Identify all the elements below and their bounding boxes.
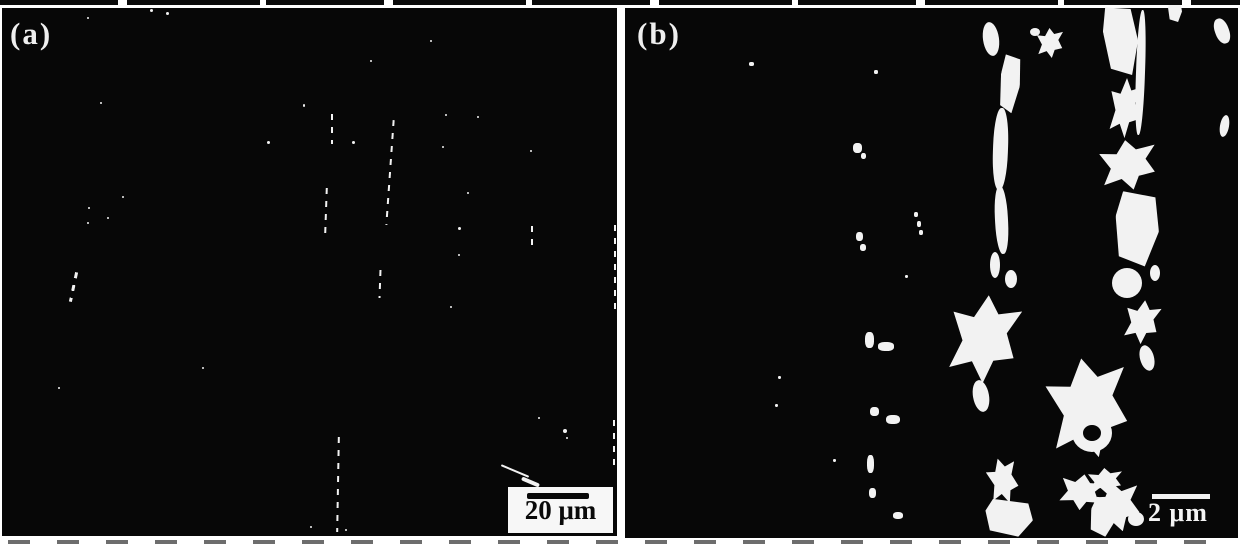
speck — [150, 9, 153, 12]
speck — [563, 429, 567, 433]
panel-a-label: (a) — [10, 16, 52, 52]
panel-b-micrograph — [625, 8, 1238, 538]
micrograph-figure: (a) (b) 20 μm 2 μm — [0, 0, 1240, 546]
speck — [775, 404, 778, 407]
grain-blob-hole — [1083, 425, 1101, 441]
scale-bar-a-label: 20 μm — [508, 495, 613, 526]
speck — [538, 417, 540, 419]
scale-box-a: 20 μm — [508, 487, 613, 533]
speck — [865, 332, 874, 348]
speck — [267, 141, 270, 144]
speck — [477, 116, 479, 118]
scan-artifact-bottom-edge — [8, 540, 1232, 544]
scratch-streak — [331, 114, 333, 144]
speck — [914, 212, 918, 217]
grain-blob — [1072, 414, 1112, 452]
speck — [450, 306, 452, 308]
speck — [853, 143, 862, 153]
speck — [303, 104, 305, 107]
panel-divider — [617, 5, 625, 541]
scale-bar-b-label: 2 μm — [1138, 498, 1218, 528]
grain-blob — [990, 252, 1000, 278]
speck — [867, 455, 874, 473]
speck — [778, 376, 781, 379]
scratch-streak — [531, 226, 533, 252]
speck — [352, 141, 355, 144]
speck — [905, 275, 908, 278]
speck — [886, 415, 900, 424]
grain-blob — [1005, 270, 1017, 288]
speck — [122, 196, 124, 198]
speck — [566, 437, 568, 439]
speck — [861, 153, 866, 159]
speck — [878, 342, 894, 351]
grain-blob — [1112, 268, 1142, 298]
speck — [100, 102, 102, 104]
speck — [870, 407, 879, 416]
speck — [856, 232, 863, 241]
speck — [458, 227, 461, 230]
speck — [893, 512, 903, 519]
speck — [860, 244, 866, 251]
speck — [442, 146, 444, 148]
panel-b-label: (b) — [637, 16, 681, 52]
panel-a-micrograph — [2, 8, 617, 536]
speck — [202, 367, 204, 369]
speck — [530, 150, 532, 152]
speck — [445, 114, 447, 116]
grain-blob — [1030, 28, 1040, 36]
speck — [917, 221, 921, 227]
speck — [919, 230, 923, 235]
speck — [310, 526, 312, 528]
speck — [370, 60, 372, 62]
speck — [88, 207, 90, 209]
speck — [87, 222, 89, 224]
scratch-streak — [614, 225, 616, 310]
speck — [430, 40, 432, 42]
speck — [458, 254, 460, 256]
speck — [87, 17, 89, 19]
speck — [166, 12, 169, 15]
speck — [107, 217, 109, 219]
speck — [467, 192, 469, 194]
speck — [869, 488, 876, 498]
speck — [833, 459, 836, 462]
speck — [749, 62, 754, 66]
grain-blob — [1150, 265, 1160, 281]
speck — [58, 387, 60, 389]
speck — [345, 529, 347, 531]
speck — [874, 70, 878, 74]
scan-artifact-top-edge — [0, 0, 1240, 5]
scratch-streak — [613, 420, 615, 465]
